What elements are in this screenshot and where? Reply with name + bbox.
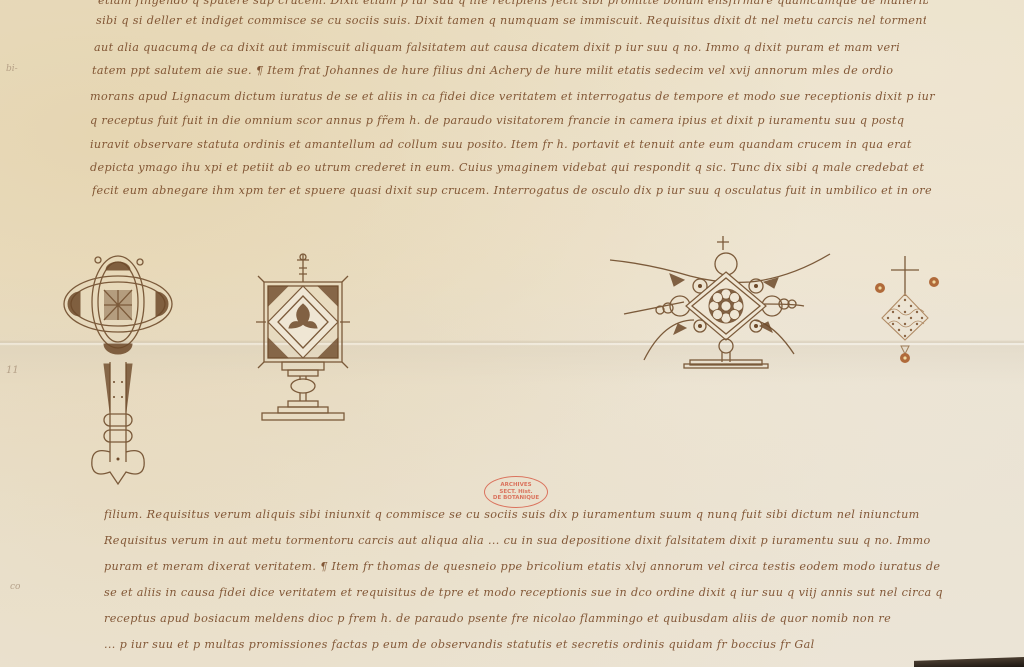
text-line: Requisitus verum in aut metu tormentoru …	[104, 534, 944, 547]
text-line: fecit eum abnegare ihm xpm ter et spuere…	[92, 184, 942, 197]
margin-number: co	[10, 582, 20, 592]
text-line: aut alia quacumq de ca dixit aut immiscu…	[94, 41, 934, 54]
rosette-star-sign	[604, 234, 834, 374]
text-line: etiam fingendo q sputere sup crucem. Dix…	[98, 0, 928, 7]
margin-note: bi-	[6, 64, 18, 74]
interlace-knot-sign	[58, 252, 178, 491]
text-line: receptus apud bosiacum meldens dioc p fr…	[104, 612, 944, 625]
text-line: filium. Requisitus verum aliquis sibi in…	[104, 508, 944, 521]
text-line: puram et meram dixerat veritatem. ¶ Item…	[104, 560, 944, 573]
archive-stamp: ARCHIVES SECT. Hist. DE BOTANIQUE	[484, 476, 548, 508]
text-line: tatem ppt salutem aie sue. ¶ Item frat J…	[92, 64, 940, 77]
monstrance-diamond-sign	[248, 252, 358, 428]
text-line: depicta ymago ihu xpi et petiit ab eo ut…	[90, 161, 928, 174]
text-line: q receptus fuit fuit in die omnium scor …	[90, 114, 928, 127]
stamp-line: DE BOTANIQUE	[493, 495, 539, 502]
text-line: se et aliis in causa fidei dice veritate…	[104, 586, 944, 599]
margin-number: 11	[6, 365, 19, 376]
text-line: iuravit observare statuta ordinis et ama…	[90, 138, 928, 151]
cross-lattice-sign	[868, 254, 952, 370]
text-line: morans apud Lignacum dictum iuratus de s…	[90, 90, 938, 103]
text-line: sibi q si deller et indiget commisce se …	[96, 14, 926, 27]
text-line: ... p iur suu et p multas promissiones f…	[104, 638, 944, 651]
